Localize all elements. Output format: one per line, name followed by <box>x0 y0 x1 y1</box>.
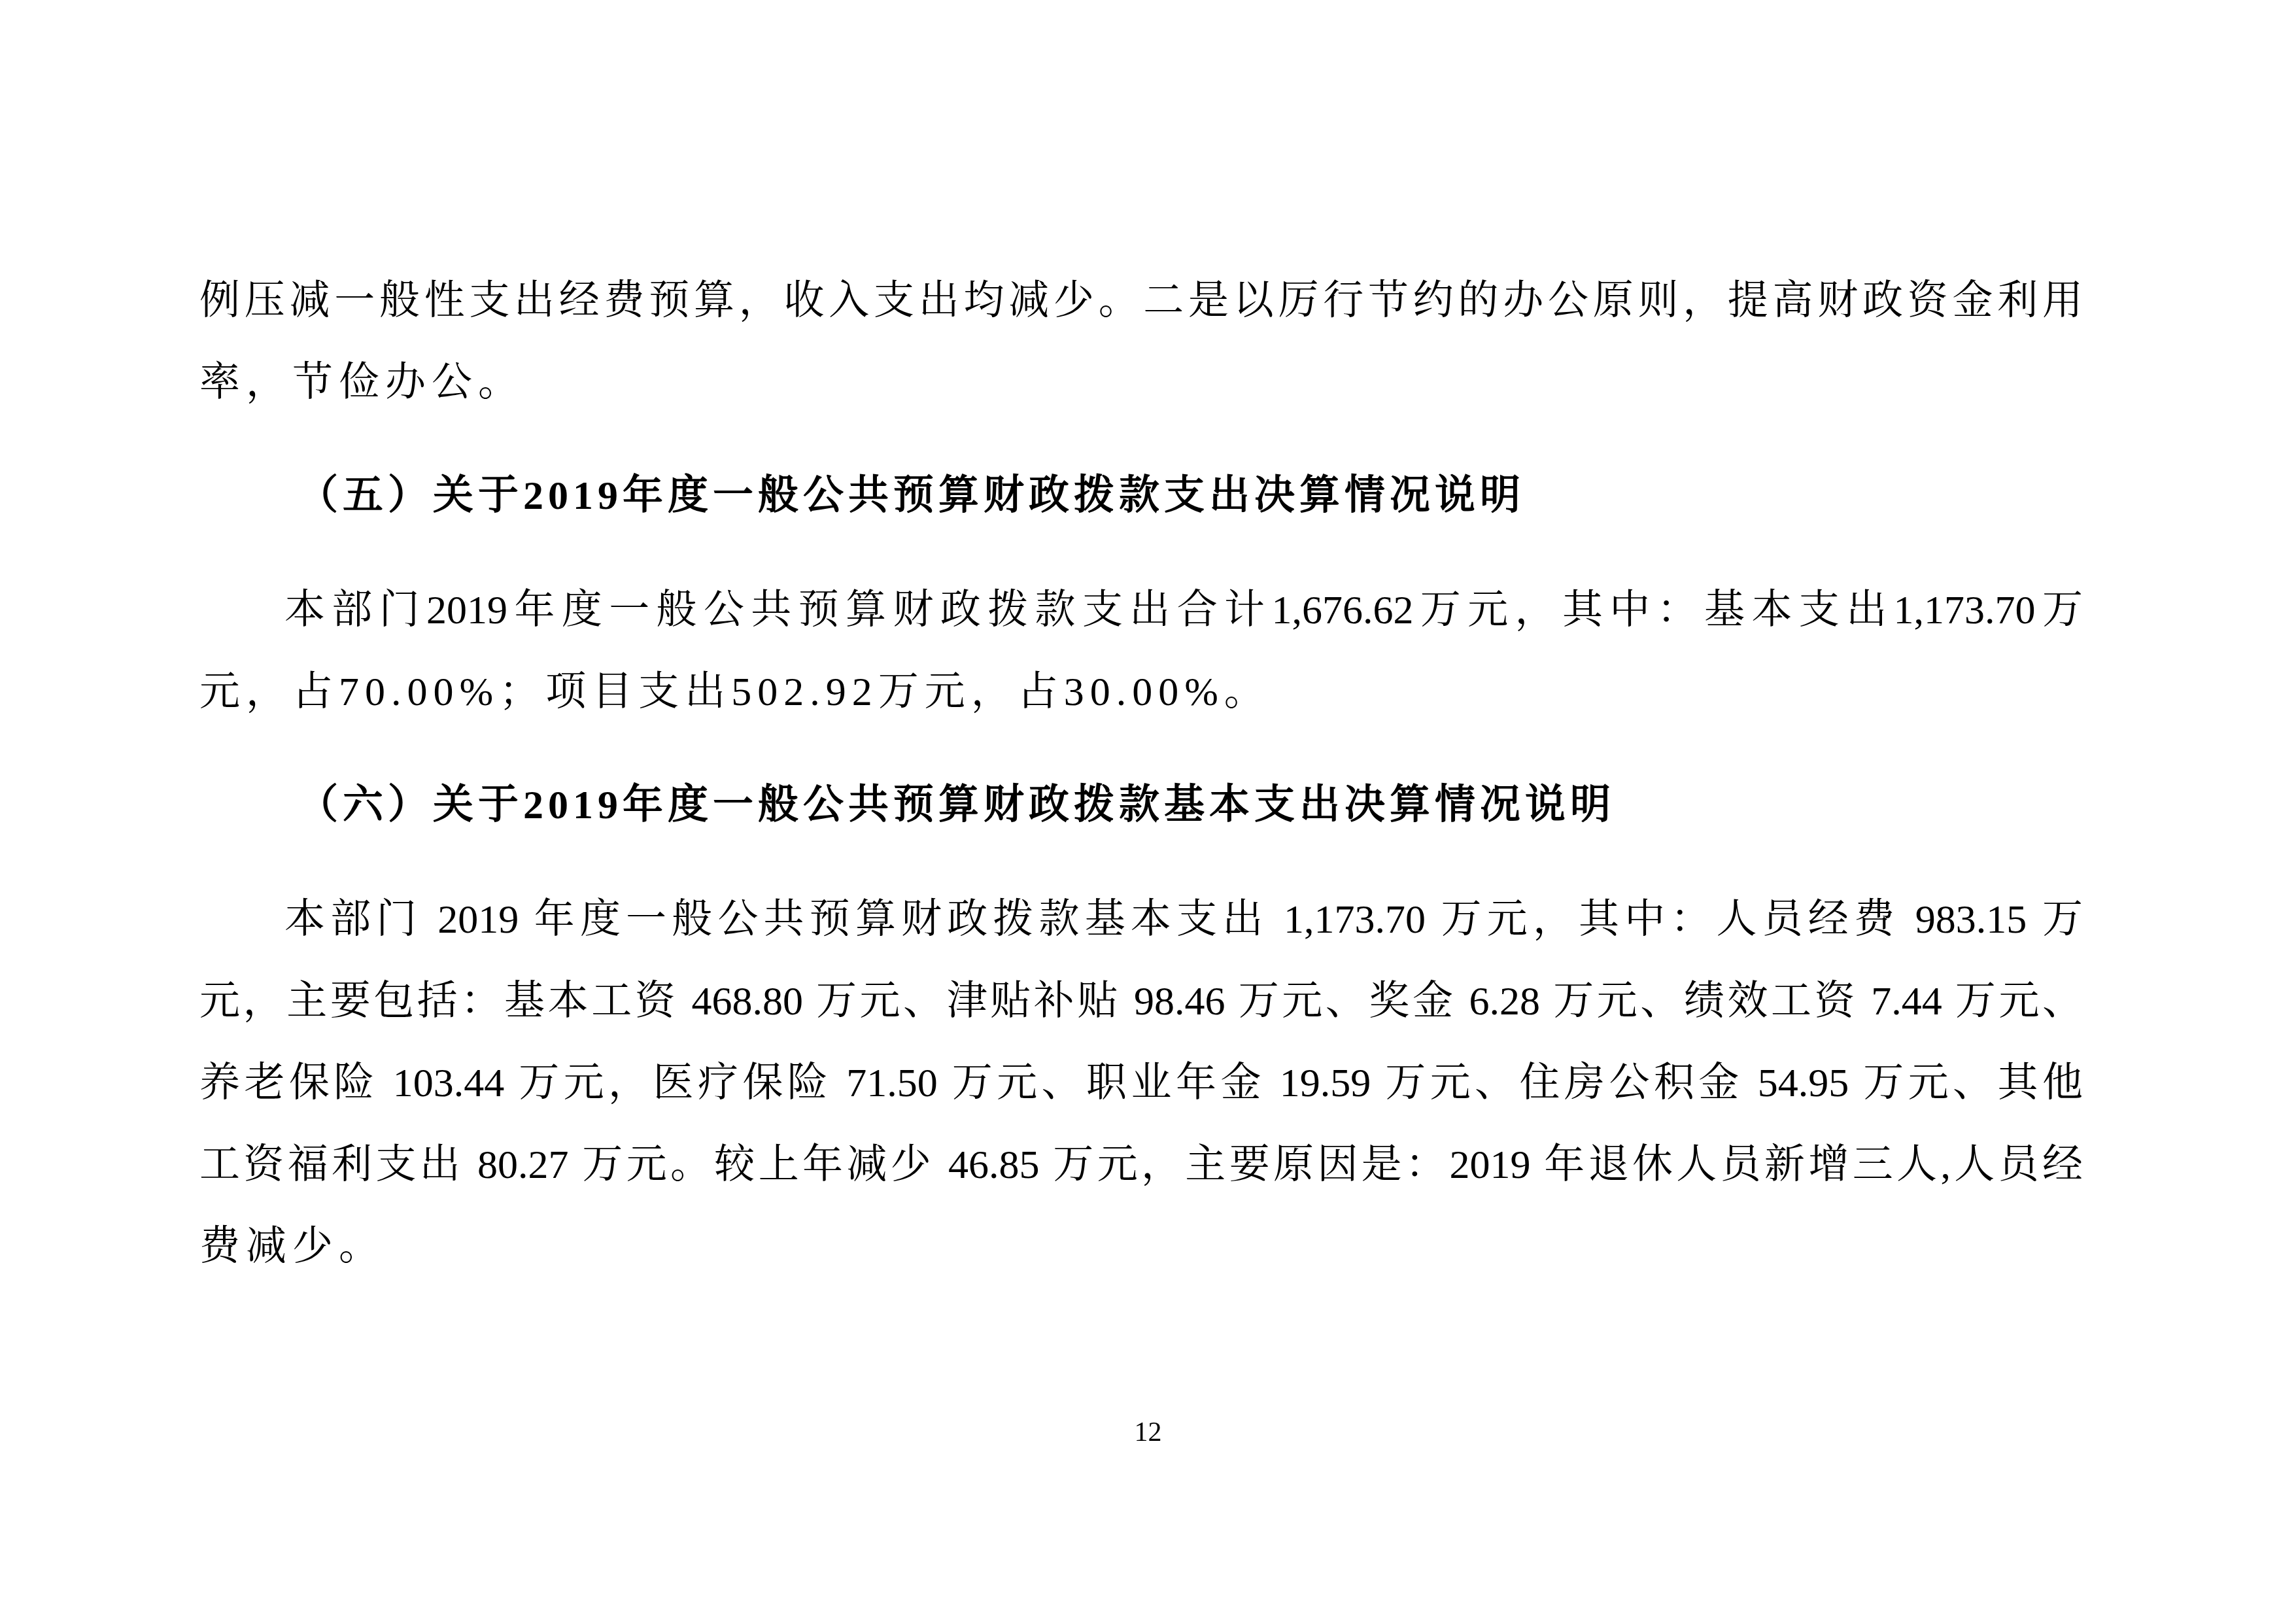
page-content: 例压减一般性支出经费预算，收入支出均减少。二是以厉行节约的办公原则，提高财政资金… <box>199 260 2083 1288</box>
document-page: 例压减一般性支出经费预算，收入支出均减少。二是以厉行节约的办公原则，提高财政资金… <box>0 0 2296 1624</box>
section-heading-5: （五）关于2019年度一般公共预算财政拨款支出决算情况说明 <box>199 455 2083 537</box>
body-line: 本部门2019年度一般公共预算财政拨款支出合计1,676.62万元，其中：基本支… <box>199 570 2083 651</box>
body-line: 元，主要包括：基本工资 468.80 万元、津贴补贴 98.46 万元、奖金 6… <box>199 961 2083 1043</box>
page-number: 12 <box>0 1413 2296 1452</box>
body-line: 率，节俭办公。 <box>199 342 2083 424</box>
section-heading-6: （六）关于2019年度一般公共预算财政拨款基本支出决算情况说明 <box>199 765 2083 846</box>
body-line: 元，占70.00%；项目支出502.92万元，占30.00%。 <box>199 651 2083 733</box>
body-line: 费减少。 <box>199 1206 2083 1288</box>
body-line: 养老保险 103.44 万元，医疗保险 71.50 万元、职业年金 19.59 … <box>199 1043 2083 1124</box>
body-line: 工资福利支出 80.27 万元。较上年减少 46.85 万元，主要原因是：201… <box>199 1124 2083 1206</box>
body-line: 例压减一般性支出经费预算，收入支出均减少。二是以厉行节约的办公原则，提高财政资金… <box>199 260 2083 342</box>
body-line: 本部门 2019 年度一般公共预算财政拨款基本支出 1,173.70 万元，其中… <box>199 879 2083 961</box>
